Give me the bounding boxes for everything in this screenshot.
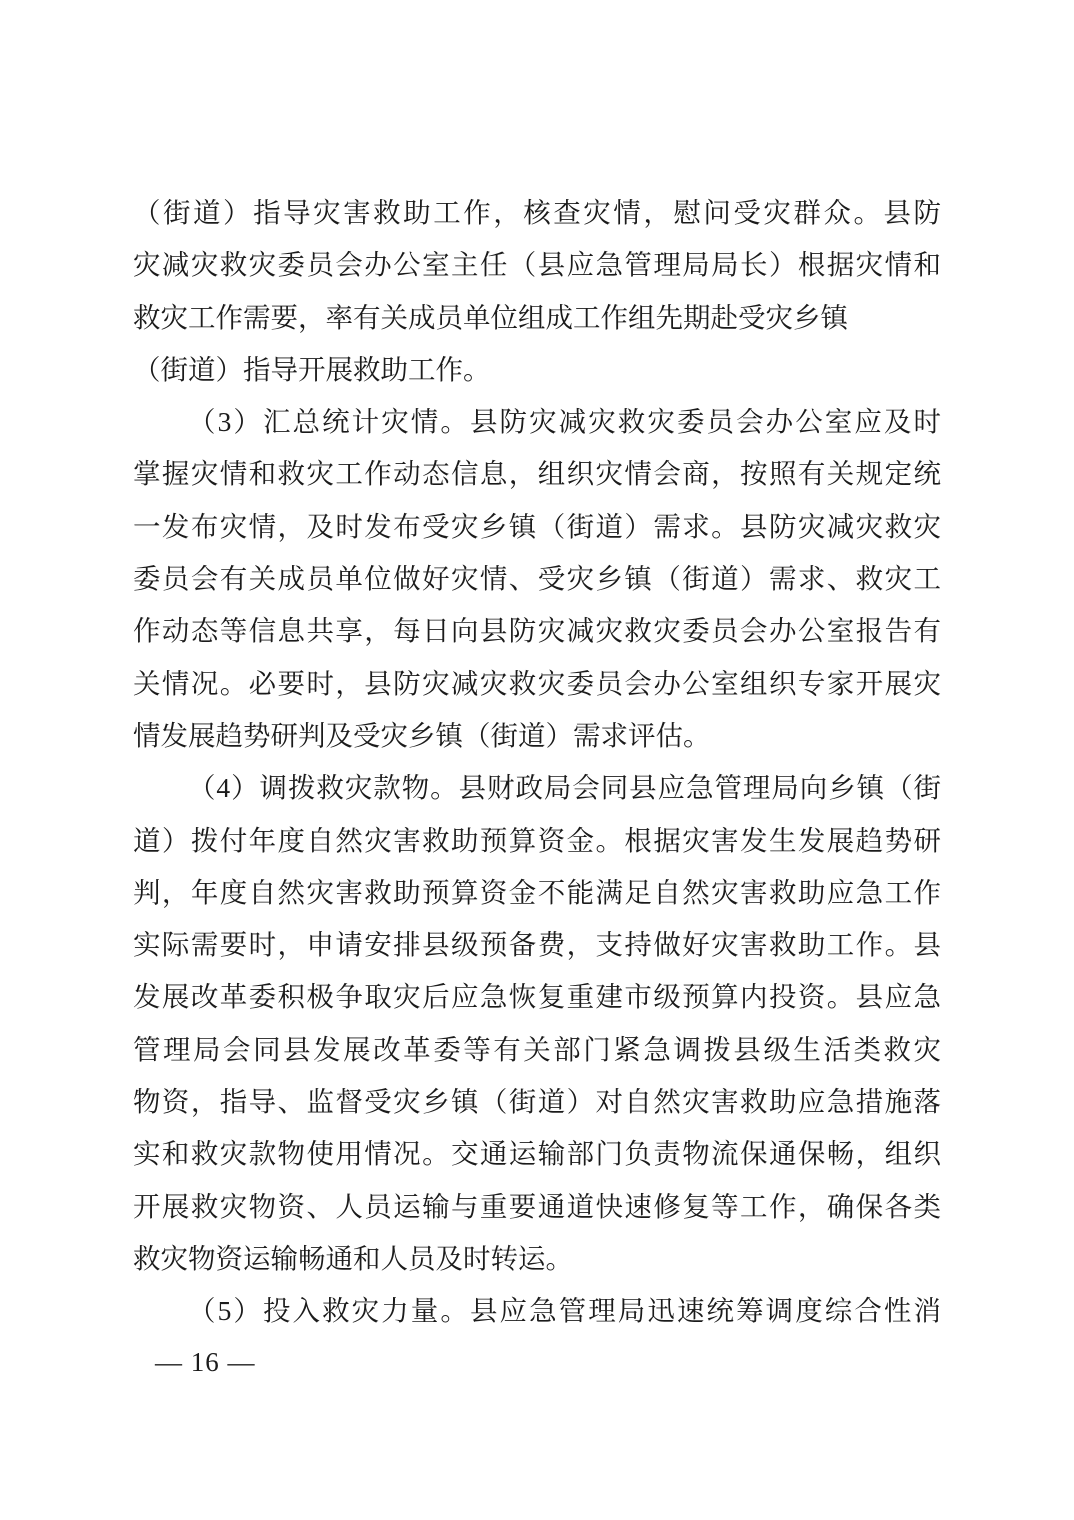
text-line: （街道）指导开展救助工作。: [133, 344, 941, 396]
text-line: 掌握灾情和救灾工作动态信息，组织灾情会商，按照有关规定统: [133, 448, 941, 500]
text-line: 委员会有关成员单位做好灾情、受灾乡镇（街道）需求、救灾工: [133, 553, 941, 605]
text-line: 判，年度自然灾害救助预算资金不能满足自然灾害救助应急工作: [133, 867, 941, 919]
text-line: 实和救灾款物使用情况。交通运输部门负责物流保通保畅，组织: [133, 1128, 941, 1180]
text-line: 发展改革委积极争取灾后应急恢复重建市级预算内投资。县应急: [133, 971, 941, 1023]
paragraph: （4）调拨救灾款物。县财政局会同县应急管理局向乡镇（街道）拨付年度自然灾害救助预…: [133, 762, 941, 1285]
paragraph: （3）汇总统计灾情。县防灾减灾救灾委员会办公室应及时掌握灾情和救灾工作动态信息，…: [133, 396, 941, 762]
text-line: 物资，指导、监督受灾乡镇（街道）对自然灾害救助应急措施落: [133, 1076, 941, 1128]
page: { "document": { "paragraphs": [ { "inden…: [0, 0, 1074, 1520]
text-line: 关情况。必要时，县防灾减灾救灾委员会办公室组织专家开展灾: [133, 658, 941, 710]
text-line: 一发布灾情，及时发布受灾乡镇（街道）需求。县防灾减灾救灾: [133, 501, 941, 553]
document-body: （街道）指导灾害救助工作，核查灾情，慰问受灾群众。县防灾减灾救灾委员会办公室主任…: [133, 187, 941, 1338]
text-line: （3）汇总统计灾情。县防灾减灾救灾委员会办公室应及时: [133, 396, 941, 448]
text-line: 作动态等信息共享，每日向县防灾减灾救灾委员会办公室报告有: [133, 605, 941, 657]
paragraph: （街道）指导灾害救助工作，核查灾情，慰问受灾群众。县防灾减灾救灾委员会办公室主任…: [133, 187, 941, 396]
text-line: （4）调拨救灾款物。县财政局会同县应急管理局向乡镇（街: [133, 762, 941, 814]
text-line: 情发展趋势研判及受灾乡镇（街道）需求评估。: [133, 710, 941, 762]
text-line: 救灾物资运输畅通和人员及时转运。: [133, 1233, 941, 1285]
text-line: 救灾工作需要，率有关成员单位组成工作组先期赴受灾乡镇: [133, 292, 941, 344]
text-line: （5）投入救灾力量。县应急管理局迅速统筹调度综合性消: [133, 1285, 941, 1337]
page-number: — 16 —: [155, 1341, 256, 1383]
text-line: 管理局会同县发展改革委等有关部门紧急调拨县级生活类救灾: [133, 1024, 941, 1076]
text-line: 道）拨付年度自然灾害救助预算资金。根据灾害发生发展趋势研: [133, 815, 941, 867]
text-line: 实际需要时，申请安排县级预备费，支持做好灾害救助工作。县: [133, 919, 941, 971]
text-line: 灾减灾救灾委员会办公室主任（县应急管理局局长）根据灾情和: [133, 239, 941, 291]
text-line: 开展救灾物资、人员运输与重要通道快速修复等工作，确保各类: [133, 1181, 941, 1233]
paragraph: （5）投入救灾力量。县应急管理局迅速统筹调度综合性消: [133, 1285, 941, 1337]
text-line: （街道）指导灾害救助工作，核查灾情，慰问受灾群众。县防: [133, 187, 941, 239]
